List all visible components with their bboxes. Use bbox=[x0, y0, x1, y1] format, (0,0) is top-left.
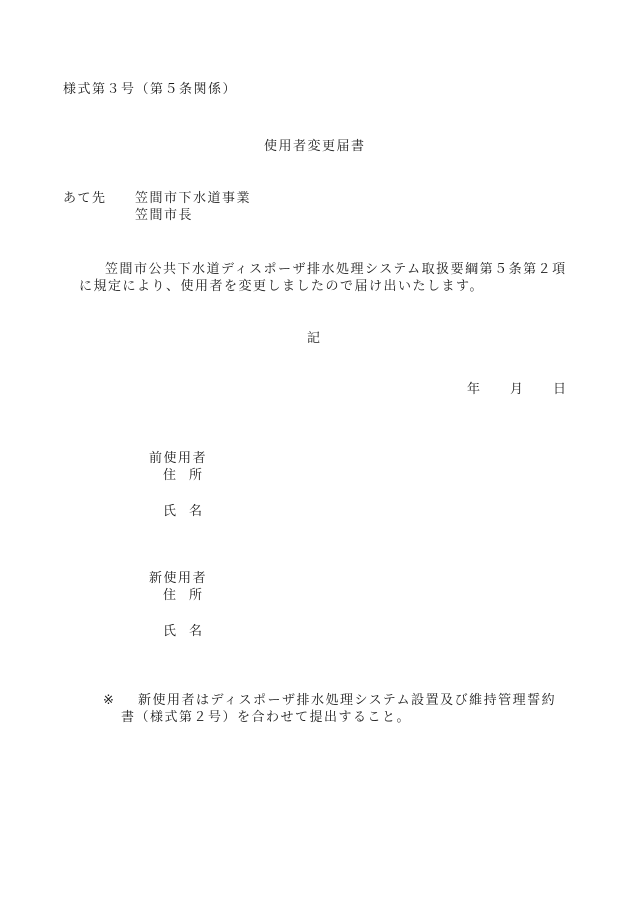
form-number: 様式第３号（第５条関係） bbox=[63, 83, 237, 96]
note-mark: ※ bbox=[103, 694, 114, 707]
addressee-line-1: 笠間市下水道事業 bbox=[135, 192, 251, 205]
previous-user-name-label: 氏 名 bbox=[163, 505, 202, 518]
date-day-label: 日 bbox=[553, 383, 566, 396]
note-line-1: 新使用者はディスポーザ排水処理システム設置及び維持管理誓約 bbox=[138, 694, 556, 707]
previous-user-address-label: 住 所 bbox=[163, 469, 202, 482]
body-line-2: に規定により、使用者を変更しましたので届け出いたします。 bbox=[79, 280, 484, 293]
document-title: 使用者変更届書 bbox=[264, 140, 366, 153]
new-user-name-label: 氏 名 bbox=[163, 625, 202, 638]
note-line-2: 書（様式第２号）を合わせて提出すること。 bbox=[121, 711, 411, 724]
addressee-line-2: 笠間市長 bbox=[135, 209, 193, 222]
new-user-heading: 新使用者 bbox=[149, 572, 207, 585]
previous-user-heading: 前使用者 bbox=[149, 452, 207, 465]
body-line-1: 笠間市公共下水道ディスポーザ排水処理システム取扱要綱第５条第２項 bbox=[105, 263, 567, 276]
date-year-label: 年 bbox=[467, 383, 480, 396]
new-user-address-label: 住 所 bbox=[163, 589, 202, 602]
addressee-label: あて先 bbox=[63, 192, 107, 205]
date-month-label: 月 bbox=[510, 383, 523, 396]
ki-heading: 記 bbox=[307, 332, 320, 345]
